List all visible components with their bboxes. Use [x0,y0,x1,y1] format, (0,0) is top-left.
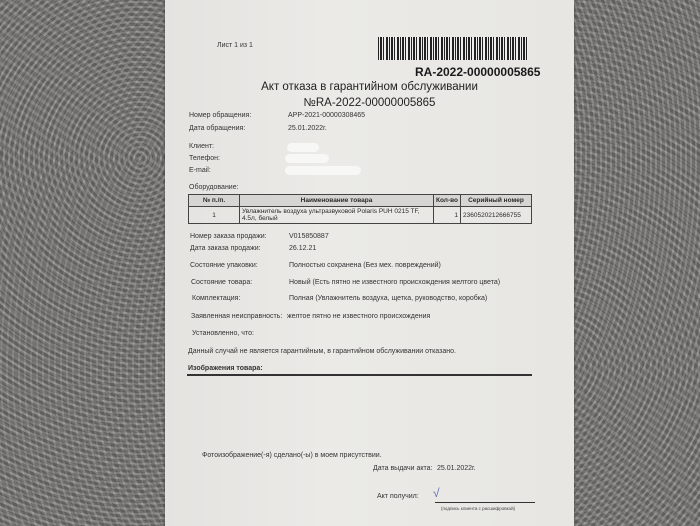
col-header-serial: Серийный номер [461,195,532,207]
document-title: Акт отказа в гарантийном обслуживании [165,81,574,93]
signature-line [435,502,535,503]
barcode [378,37,528,60]
defect-label: Заявленная неисправность: [191,313,282,320]
request-number-value: APP-2021-00000308465 [288,112,365,119]
background-carpet-left [0,0,166,526]
document-sheet: Лист 1 из 1 RA-2022-00000005865 Акт отка… [165,0,574,526]
product-state-label: Состояние товара: [191,279,252,286]
issue-date-label: Дата выдачи акта: [373,465,433,472]
equipment-table: № п./п. Наименование товара Кол-во Серий… [188,194,532,224]
table-row: 1 Увлажнитель воздуха ультразвуковой Pol… [189,207,532,224]
phone-label: Телефон: [189,155,220,162]
received-label: Акт получил: [377,493,419,500]
equipment-label: Оборудование: [189,184,239,191]
established-label: Установленно, что: [192,330,254,337]
order-number-label: Номер заказа продажи: [190,233,267,240]
signature-mark: √ [433,486,440,500]
email-redacted [285,166,361,175]
order-date-label: Дата заказа продажи: [190,245,261,252]
request-date-value: 25.01.2022г. [288,125,327,132]
sheet-counter: Лист 1 из 1 [217,42,253,49]
images-label: Изображения товара: [188,365,263,372]
col-header-number: № п./п. [189,195,240,207]
package-state-value: Полностью сохранена (Без мех. повреждени… [289,262,441,269]
phone-redacted [285,154,329,163]
col-header-qty: Кол-во [434,195,461,207]
cell-number: 1 [189,207,240,224]
document-number: №RA-2022-00000005865 [165,97,574,109]
background-carpet-right [573,0,700,526]
cell-qty: 1 [434,207,461,224]
conclusion-text: Данный случай не является гарантийным, в… [188,348,456,355]
client-label: Клиент: [189,143,214,150]
email-label: E-mail: [189,167,211,174]
defect-value: желтое пятно не известного происхождения [287,313,430,320]
cell-serial: 2360520212666755 [461,207,532,224]
signature-caption: (подпись клиента с расшифровкой) [441,506,515,511]
client-redacted [287,143,319,152]
issue-date-value: 25.01.2022г. [437,465,476,472]
package-state-label: Состояние упаковки: [190,262,258,269]
images-divider [187,374,532,376]
request-date-label: Дата обращения: [189,125,245,132]
order-date-value: 26.12.21 [289,245,316,252]
request-number-label: Номер обращения: [189,112,251,119]
photo-note: Фотоизображение(-я) сделано(-ы) в моем п… [202,452,382,459]
barcode-number: RA-2022-00000005865 [415,65,540,79]
col-header-name: Наименование товара [240,195,434,207]
kit-label: Комплектация: [192,295,240,302]
order-number-value: V015850887 [289,233,329,240]
kit-value: Полная (Увлажнитель воздуха, щетка, руко… [289,295,487,302]
product-state-value: Новый (Есть пятно не известного происхож… [289,279,500,286]
cell-name: Увлажнитель воздуха ультразвуковой Polar… [240,207,434,224]
